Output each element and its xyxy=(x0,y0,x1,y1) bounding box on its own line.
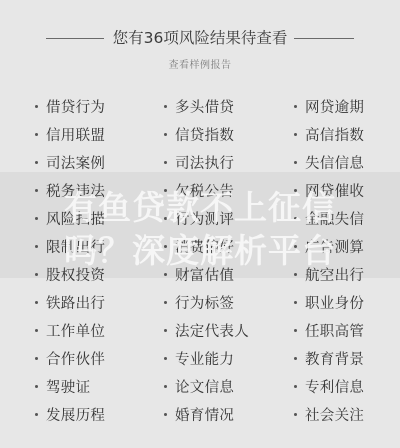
bullet-dot-icon xyxy=(35,133,38,136)
risk-item: 发展历程 xyxy=(35,403,105,425)
risk-item: 失信信息 xyxy=(294,151,364,173)
risk-item-label: 合作伙伴 xyxy=(46,348,105,369)
risk-item-label: 行为标签 xyxy=(175,292,234,313)
watermark-overlay-title: 有鱼贷款不上征信 吗？深度解析平台 xyxy=(0,186,400,272)
view-sample-report-link[interactable]: 查看样例报告 xyxy=(0,56,400,71)
risk-item: 论文信息 xyxy=(164,375,234,397)
risk-item: 法定代表人 xyxy=(164,319,249,341)
risk-item-row: 借贷行为多头借贷网贷逾期 xyxy=(0,95,400,123)
bullet-dot-icon xyxy=(294,413,297,416)
risk-item-label: 借贷行为 xyxy=(46,96,105,117)
bullet-dot-icon xyxy=(35,301,38,304)
risk-item: 高信指数 xyxy=(294,123,364,145)
risk-item: 司法执行 xyxy=(164,151,234,173)
title-divider-right xyxy=(294,38,354,39)
risk-item: 驾驶证 xyxy=(35,375,90,397)
risk-item: 信用联盟 xyxy=(35,123,105,145)
risk-item-label: 网贷逾期 xyxy=(305,96,364,117)
bullet-dot-icon xyxy=(294,273,297,276)
bullet-dot-icon xyxy=(164,105,167,108)
risk-item: 任职高管 xyxy=(294,319,364,341)
bullet-dot-icon xyxy=(294,105,297,108)
risk-item-row: 驾驶证论文信息专利信息 xyxy=(0,375,400,403)
risk-item-label: 法定代表人 xyxy=(175,320,249,341)
bullet-dot-icon xyxy=(164,273,167,276)
risk-item-row: 发展历程婚育情况社会关注 xyxy=(0,403,400,431)
risk-item-label: 信贷指数 xyxy=(175,124,234,145)
risk-item-row: 工作单位法定代表人任职高管 xyxy=(0,319,400,347)
bullet-dot-icon xyxy=(35,385,38,388)
risk-item: 社会关注 xyxy=(294,403,364,425)
bullet-dot-icon xyxy=(294,301,297,304)
risk-item-label: 专利信息 xyxy=(305,376,364,397)
risk-item-label: 职业身份 xyxy=(305,292,364,313)
risk-item: 教育背景 xyxy=(294,347,364,369)
risk-item: 职业身份 xyxy=(294,291,364,313)
risk-item: 铁路出行 xyxy=(35,291,105,313)
bullet-dot-icon xyxy=(164,161,167,164)
bullet-dot-icon xyxy=(35,413,38,416)
bullet-dot-icon xyxy=(164,385,167,388)
bullet-dot-icon xyxy=(294,133,297,136)
bullet-dot-icon xyxy=(164,133,167,136)
bullet-dot-icon xyxy=(35,105,38,108)
bullet-dot-icon xyxy=(35,273,38,276)
risk-item-label: 司法案例 xyxy=(46,152,105,173)
risk-item-label: 失信信息 xyxy=(305,152,364,173)
bullet-dot-icon xyxy=(294,357,297,360)
risk-item-label: 专业能力 xyxy=(175,348,234,369)
risk-item-label: 任职高管 xyxy=(305,320,364,341)
risk-item: 合作伙伴 xyxy=(35,347,105,369)
risk-item-label: 发展历程 xyxy=(46,404,105,425)
risk-item: 专利信息 xyxy=(294,375,364,397)
bullet-dot-icon xyxy=(294,329,297,332)
overlay-line-2: 吗？深度解析平台 xyxy=(0,229,400,272)
page-title: 您有36项风险结果待查看 xyxy=(0,26,400,48)
bullet-dot-icon xyxy=(35,161,38,164)
risk-item-label: 铁路出行 xyxy=(46,292,105,313)
risk-item-label: 信用联盟 xyxy=(46,124,105,145)
bullet-dot-icon xyxy=(164,301,167,304)
bullet-dot-icon xyxy=(164,329,167,332)
risk-item-row: 信用联盟信贷指数高信指数 xyxy=(0,123,400,151)
risk-item-label: 工作单位 xyxy=(46,320,105,341)
bullet-dot-icon xyxy=(35,329,38,332)
risk-item-label: 婚育情况 xyxy=(175,404,234,425)
risk-item: 信贷指数 xyxy=(164,123,234,145)
risk-item: 借贷行为 xyxy=(35,95,105,117)
risk-item: 司法案例 xyxy=(35,151,105,173)
risk-item-row: 合作伙伴专业能力教育背景 xyxy=(0,347,400,375)
risk-item-row: 司法案例司法执行失信信息 xyxy=(0,151,400,179)
risk-item-label: 论文信息 xyxy=(175,376,234,397)
bullet-dot-icon xyxy=(294,161,297,164)
bullet-dot-icon xyxy=(164,357,167,360)
risk-item-label: 教育背景 xyxy=(305,348,364,369)
risk-item-label: 驾驶证 xyxy=(46,376,90,397)
report-header: 您有36项风险结果待查看 xyxy=(0,24,400,54)
bullet-dot-icon xyxy=(164,413,167,416)
risk-item: 专业能力 xyxy=(164,347,234,369)
risk-item: 多头借贷 xyxy=(164,95,234,117)
risk-item-label: 社会关注 xyxy=(305,404,364,425)
risk-item-label: 多头借贷 xyxy=(175,96,234,117)
overlay-line-1: 有鱼贷款不上征信 xyxy=(0,186,400,229)
risk-item: 行为标签 xyxy=(164,291,234,313)
risk-item: 工作单位 xyxy=(35,319,105,341)
bullet-dot-icon xyxy=(35,357,38,360)
risk-item-row: 铁路出行行为标签职业身份 xyxy=(0,291,400,319)
bullet-dot-icon xyxy=(294,385,297,388)
risk-item-label: 司法执行 xyxy=(175,152,234,173)
risk-item-label: 高信指数 xyxy=(305,124,364,145)
risk-item: 婚育情况 xyxy=(164,403,234,425)
risk-item: 网贷逾期 xyxy=(294,95,364,117)
